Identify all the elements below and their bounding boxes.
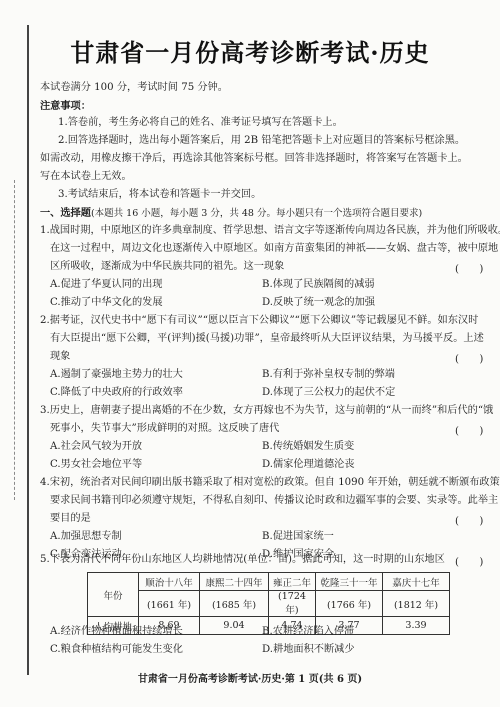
table-era: 康熙二十四年 xyxy=(200,573,269,591)
table-era: 嘉庆十七年 xyxy=(383,573,450,591)
table-year: (1812 年) xyxy=(383,591,450,617)
question-4-option-a: A.加强思想专制 xyxy=(50,530,122,544)
question-2-line: 有大臣提出“愿下公卿，平(评判)援(马援)功罪”，皇帝最终听从大臣评议结果，为马… xyxy=(50,332,484,346)
question-1-option-b: B.体现了民族隔阂的减弱 xyxy=(262,278,375,292)
answer-paren: ( ) xyxy=(455,260,483,275)
table-era: 顺治十八年 xyxy=(139,573,200,591)
table-era: 乾隆三十一年 xyxy=(316,573,383,591)
section-title: 一、选择题 xyxy=(40,207,91,219)
table-year: (1724 年) xyxy=(269,591,316,617)
section-desc: (本题共 16 小题，每小题 3 分，共 48 分。每小题只有一个选项符合题目要… xyxy=(91,208,422,219)
question-3-option-a: A.社会风气较为开放 xyxy=(50,440,142,454)
table-year: (1661 年) xyxy=(139,591,200,617)
question-2-option-d: D.体现了三公权力的起伏不定 xyxy=(262,386,395,400)
answer-paren: ( ) xyxy=(455,350,483,365)
question-5-option-b: B.农耕经济陷入停滞 xyxy=(262,625,354,639)
question-2-line: 2.据考证，汉代史书中“愿下有司议”“愿以臣言下公卿议”“愿下公卿议”等记载屡见… xyxy=(40,314,478,328)
table-header-year: 年份 xyxy=(88,573,139,617)
answer-paren: ( ) xyxy=(455,553,483,568)
table-era: 雍正二年 xyxy=(269,573,316,591)
question-2-option-c: C.降低了中央政府的行政效率 xyxy=(50,386,183,400)
question-1-line: 在这一过程中，周边文化也逐渐传入中原地区。如南方苗蛮集团的神祇——女娲、盘古等，… xyxy=(50,242,498,256)
question-1-option-c: C.推动了中华文化的发展 xyxy=(50,296,163,310)
page-footer: 甘肃省一月份高考诊断考试·历史·第 1 页(共 6 页) xyxy=(0,670,500,685)
question-4-line: 4.宋初，统治者对民间印刷出版书籍采取了相对宽松的政策。但自 1090 年开始，… xyxy=(40,476,500,490)
question-2-option-b: B.有利于弥补皇权专制的弊端 xyxy=(262,368,395,382)
answer-paren: ( ) xyxy=(455,512,483,527)
binding-solid-line xyxy=(27,25,29,675)
table-value: 3.39 xyxy=(383,617,450,635)
question-1-line: 区所吸收，逐渐成为中华民族共同的祖先。这一现象 xyxy=(50,260,284,274)
question-4-line: 要目的是 xyxy=(50,512,91,526)
question-1-option-d: D.反映了统一观念的加强 xyxy=(262,296,375,310)
question-5-option-a: A.经济作物种植面积持续增长 xyxy=(50,625,183,639)
note-item: 写在本试卷上无效。 xyxy=(40,170,132,184)
question-3-option-d: D.儒家伦理道德沦丧 xyxy=(262,458,355,472)
page-title: 甘肃省一月份高考诊断考试·历史 xyxy=(0,33,500,68)
question-4-option-b: B.促进国家统一 xyxy=(262,530,334,544)
question-5-option-c: C.粮食种植结构可能发生变化 xyxy=(50,643,183,657)
notes-heading: 注意事项： xyxy=(40,99,91,113)
score-time-info: 本试卷满分 100 分，考试时间 75 分钟。 xyxy=(40,81,228,95)
answer-paren: ( ) xyxy=(455,422,483,437)
question-3-option-c: C.男女社会地位平等 xyxy=(50,458,142,472)
question-1-line: 1.战国时期，中原地区的许多典章制度、哲学思想、语言文字等逐渐传向周边各民族，并… xyxy=(40,224,500,238)
note-item: 如需改动，用橡皮擦干净后，再选涂其他答案标号框。回答非选择题时，将答案写在答题卡… xyxy=(40,152,468,166)
note-item: 2.回答选择题时，选出每小题答案后，用 2B 铅笔把答题卡上对应题目的答案标号框… xyxy=(58,134,465,148)
table-value: 9.04 xyxy=(200,617,269,635)
question-4-line: 要求民间书籍刊印必须遵守规矩，不得私自刻印、传播议论时政和边疆军事的会要、实录等… xyxy=(50,494,498,508)
question-5-option-d: D.耕地面积不断减少 xyxy=(262,643,355,657)
binding-dashed-line xyxy=(14,180,15,500)
question-3-line: 死事小，失节事大”形成鲜明的对照。这反映了唐代 xyxy=(50,422,279,436)
table-year: (1766 年) xyxy=(316,591,383,617)
section-heading: 一、选择题(本题共 16 小题，每小题 3 分，共 48 分。每小题只有一个选项… xyxy=(40,206,422,221)
note-item: 3.考试结束后，将本试卷和答题卡一并交回。 xyxy=(58,188,261,202)
note-item: 1.答卷前，考生务必将自己的姓名、准考证号填写在答题卡上。 xyxy=(58,116,343,130)
question-5-line: 5.下表为清代不同年份山东地区人均耕地情况(单位：亩)。据此可知，这一时期的山东… xyxy=(40,553,445,567)
question-3-line: 3.历史上，唐朝妻子提出离婚的不在少数，女方再嫁也不为失节，这与前朝的“从一而终… xyxy=(40,404,493,418)
table-year: (1685 年) xyxy=(200,591,269,617)
question-1-option-a: A.促进了华夏认同的出现 xyxy=(50,278,162,292)
question-2-line: 现象 xyxy=(50,350,70,364)
question-2-option-a: A.遏制了豪强地主势力的壮大 xyxy=(50,368,183,382)
question-3-option-b: B.传统婚姻发生质变 xyxy=(262,440,354,454)
